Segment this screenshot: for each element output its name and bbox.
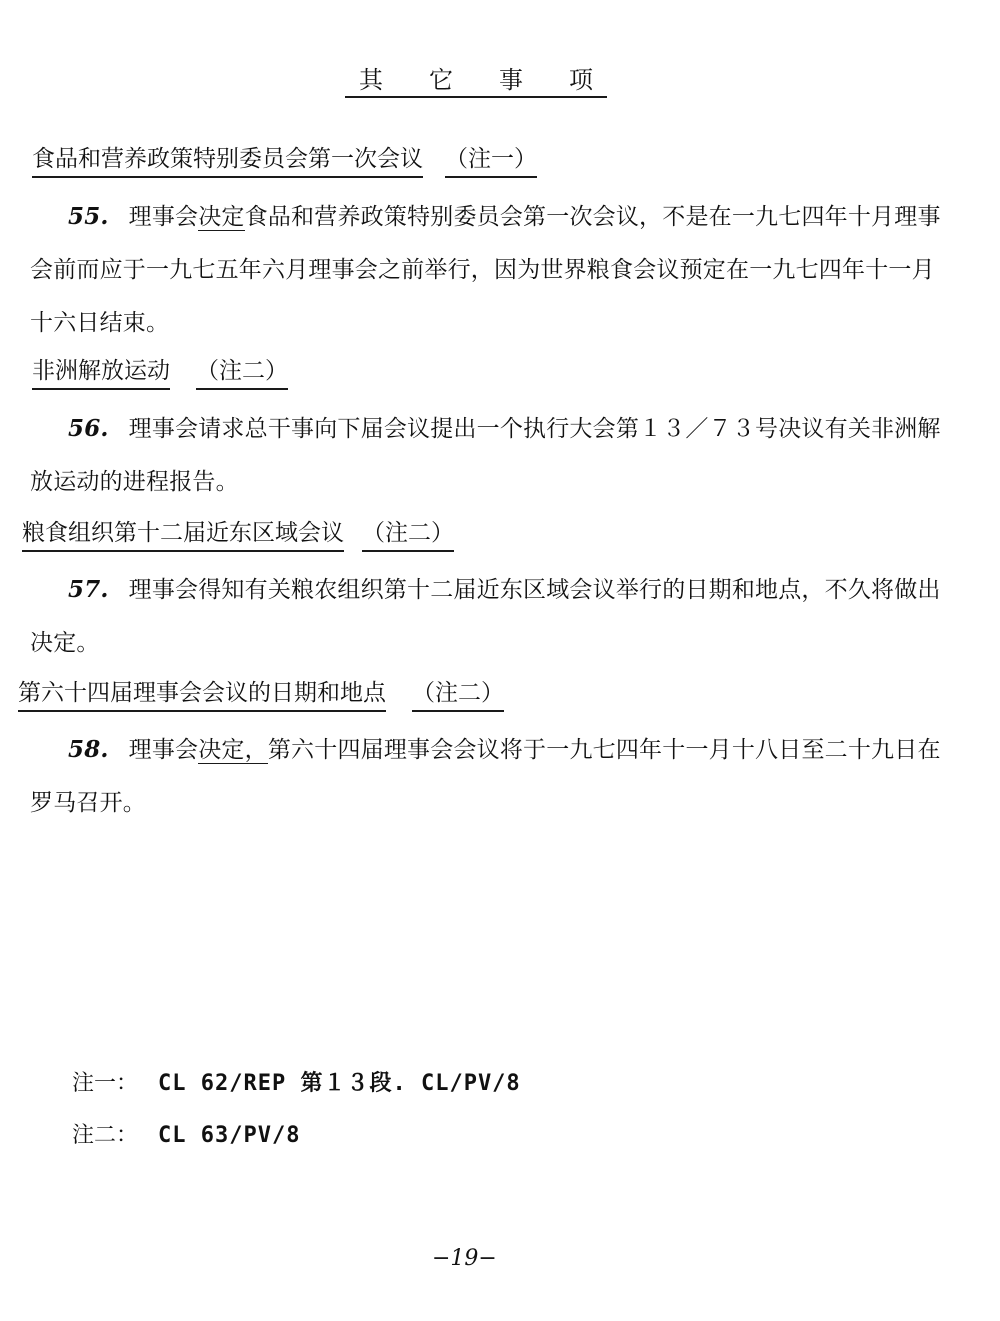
paragraph-text: 理事会请求总干事向下届会议提出一个执行大会第１３／７３号决议有关非洲解放运动的进…: [30, 416, 941, 495]
title-char: 它: [429, 62, 453, 96]
paragraph-prefix: 理事会: [129, 737, 199, 763]
section-heading: 食品和营养政策特别委员会第一次会议 （注一）: [32, 144, 537, 178]
page-title: 其 它 事 项: [345, 62, 607, 98]
paragraph-number: 57.: [68, 576, 109, 603]
footnote-reference: （注一）: [445, 144, 537, 178]
footnote-reference: （注二）: [412, 678, 504, 712]
footnote-reference: （注二）: [196, 356, 288, 390]
footnote-1: 注一：CL 62/REP 第１３段. CL/PV/8: [72, 1058, 521, 1110]
title-char: 其: [359, 62, 383, 96]
paragraph-number: 56.: [68, 415, 109, 442]
section-heading: 非洲解放运动 （注二）: [32, 356, 288, 390]
footnote-label: 注二：: [72, 1123, 138, 1148]
footnotes: 注一：CL 62/REP 第１３段. CL/PV/8 注二：CL 63/PV/8: [72, 1058, 521, 1162]
paragraph-prefix: 理事会: [129, 204, 199, 230]
paragraph-58: 58.理事会决定，第六十四届理事会会议将于一九七四年十一月十八日至二十九日在罗马…: [30, 723, 955, 830]
paragraph-text: 理事会得知有关粮农组织第十二届近东区域会议举行的日期和地点，不久将做出决定。: [30, 577, 941, 656]
section-heading: 粮食组织第十二届近东区域会议 （注二）: [22, 518, 454, 552]
document-page: 其 它 事 项 食品和营养政策特别委员会第一次会议 （注一） 55.理事会决定食…: [0, 0, 1000, 1321]
paragraph-56: 56.理事会请求总干事向下届会议提出一个执行大会第１３／７３号决议有关非洲解放运…: [30, 402, 955, 509]
section-heading-text: 粮食组织第十二届近东区域会议: [22, 518, 344, 552]
footnote-citation: CL 63/PV/8: [158, 1123, 300, 1148]
paragraph-number: 55.: [68, 203, 109, 230]
footnote-2: 注二：CL 63/PV/8: [72, 1110, 521, 1162]
title-char: 事: [499, 62, 523, 96]
footnote-label: 注一：: [72, 1071, 138, 1096]
paragraph-number: 58.: [68, 736, 109, 763]
underlined-term: 决定: [198, 204, 244, 231]
footnote-citation: CL 62/REP 第１３段. CL/PV/8: [158, 1071, 521, 1096]
paragraph-55: 55.理事会决定食品和营养政策特别委员会第一次会议，不是在一九七四年十月理事会前…: [30, 190, 955, 350]
underlined-term: 决定，: [198, 737, 268, 764]
section-heading-text: 食品和营养政策特别委员会第一次会议: [32, 144, 423, 178]
title-char: 项: [569, 62, 593, 96]
section-heading-text: 非洲解放运动: [32, 356, 170, 390]
footnote-reference: （注二）: [362, 518, 454, 552]
section-heading-text: 第六十四届理事会会议的日期和地点: [18, 678, 386, 712]
section-heading: 第六十四届理事会会议的日期和地点 （注二）: [18, 678, 504, 712]
paragraph-57: 57.理事会得知有关粮农组织第十二届近东区域会议举行的日期和地点，不久将做出决定…: [30, 563, 955, 670]
page-number: −19−: [432, 1246, 497, 1271]
